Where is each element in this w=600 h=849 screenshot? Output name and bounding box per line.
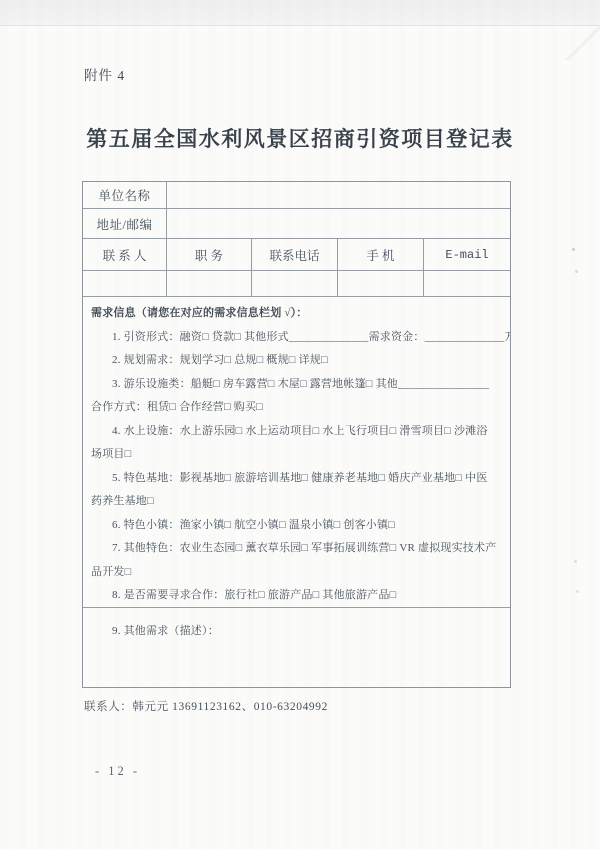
scan-speck [576,590,579,593]
scan-crease [554,26,600,60]
scan-speck [574,560,577,563]
demand-line-special-bases-wrap: 药养生基地□ [91,490,502,514]
contact-person-field [83,271,167,296]
mobile-field [338,271,424,296]
demand-line-seek-cooperation: 8. 是否需要寻求合作：旅行社□ 旅游产品□ 其他旅游产品□ [91,584,502,607]
position-header: 职 务 [167,239,252,270]
row-contact-values [83,271,510,297]
scan-speck [572,248,575,251]
row-demand-info: 需求信息（请您在对应的需求信息栏划 √）： 1. 引资形式：融资□ 贷款□ 其他… [83,297,510,608]
email-field [424,271,510,296]
demand-line-financing: 1. 引资形式：融资□ 贷款□ 其他形式______________需求资金：_… [91,326,502,350]
other-demand-label: 9. 其他需求（描述）： [112,625,219,637]
scanned-document-page: 附件 4 第五届全国水利风景区招商引资项目登记表 单位名称 地址/邮编 联 系 … [0,0,600,849]
demand-info-header: 需求信息（请您在对应的需求信息栏划 √）： [91,302,502,326]
demand-line-recreation: 3. 游乐设施类：船艇□ 房车露营□ 木屋□ 露营地帐篷□ 其他________… [91,373,502,397]
email-header: E-mail [424,239,510,270]
address-field [167,209,510,238]
attachment-label: 附件 4 [84,64,125,84]
scan-speck [575,270,578,273]
demand-line-other-features-wrap: 品开发□ [91,561,502,585]
demand-line-planning: 2. 规划需求：规划学习□ 总规□ 概规□ 详规□ [91,349,502,373]
demand-line-water-facilities: 4. 水上设施：水上游乐园□ 水上运动项目□ 水上飞行项目□ 滑雪项目□ 沙滩浴 [91,420,502,444]
page-number: - 12 - [95,764,140,779]
demand-line-special-towns: 6. 特色小镇：渔家小镇□ 航空小镇□ 温泉小镇□ 创客小镇□ [91,514,502,538]
row-contact-headers: 联 系 人 职 务 联系电话 手 机 E-mail [83,239,510,271]
row-unit-name: 单位名称 [83,182,510,209]
other-demand-cell: 9. 其他需求（描述）： [83,608,510,687]
contact-person-header: 联 系 人 [83,239,167,270]
phone-field [252,271,338,296]
page-title: 第五届全国水利风景区招商引资项目登记表 [0,123,600,153]
unit-name-label: 单位名称 [83,182,167,208]
position-field [167,271,252,296]
footer-contact: 联系人：韩元元 13691123162、010-63204992 [84,698,328,714]
address-label: 地址/邮编 [83,209,167,238]
unit-name-field [167,182,510,208]
row-other-demand: 9. 其他需求（描述）： [83,608,510,687]
scan-top-edge [0,0,600,26]
demand-line-water-facilities-wrap: 场项目□ [91,443,502,467]
demand-line-other-features: 7. 其他特色：农业生态园□ 薰衣草乐园□ 军事拓展训练营□ VR 虚拟现实技术… [91,537,502,561]
demand-line-special-bases: 5. 特色基地：影视基地□ 旅游培训基地□ 健康养老基地□ 婚庆产业基地□ 中医 [91,467,502,491]
registration-table: 单位名称 地址/邮编 联 系 人 职 务 联系电话 手 机 E-mail 需求信… [82,181,511,688]
mobile-header: 手 机 [338,239,424,270]
demand-line-cooperation-mode: 合作方式：租赁□ 合作经营□ 购买□ [91,396,502,420]
phone-header: 联系电话 [252,239,338,270]
row-address: 地址/邮编 [83,209,510,239]
demand-info-section: 需求信息（请您在对应的需求信息栏划 √）： 1. 引资形式：融资□ 贷款□ 其他… [83,297,510,607]
